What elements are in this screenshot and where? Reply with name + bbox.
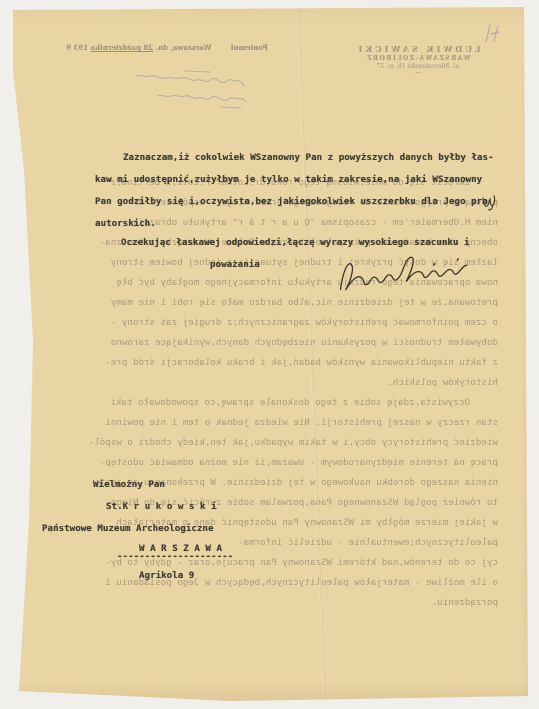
bleedthrough-dateline-year: 193 9 xyxy=(66,43,90,52)
bleedthrough-line: o czem poinformować prehistoryków zagran… xyxy=(52,317,498,337)
letter-line: kaw mi udostępnić,zużyłbym je tylko w ta… xyxy=(95,174,482,185)
bleedthrough-dateline: Poniemuł Warszawa, dn. 28 października 1… xyxy=(34,43,268,52)
recipient-line: St.K r u k o w s k i xyxy=(106,501,217,512)
recipient-underline: --------------------- xyxy=(117,551,233,562)
bleedthrough-letterhead-district: WARSZAWA-ŻOLIBORZ xyxy=(348,55,488,62)
bleedthrough-line: stan rzeczy w naszej prehistorji. Nie wi… xyxy=(52,417,498,437)
letter-paper: LUDWIK SAWICKI WARSZAWA-ŻOLIBORZ ul. Mie… xyxy=(0,0,539,709)
recipient-line: Wielmożny Pan xyxy=(93,479,165,490)
bleedthrough-line: porządzeniu. xyxy=(52,597,498,617)
scanner-background: LUDWIK SAWICKI WARSZAWA-ŻOLIBORZ ul. Mie… xyxy=(0,0,539,709)
bleedthrough-letterhead-rule: — xyxy=(348,70,488,74)
bleedthrough-line: pracę na terenie międzynarodowym - uważa… xyxy=(52,457,498,477)
page-number-pencil-mark-icon xyxy=(481,20,501,46)
bleedthrough-dateline-city: Warszawa, dn. xyxy=(153,43,211,52)
bleedthrough-line: z faktu niepublikowania wyników badań,ja… xyxy=(52,357,498,377)
pencil-annotation-icon xyxy=(133,70,248,112)
recipient-line: Agrikola 9 xyxy=(139,570,194,581)
bleedthrough-line: pretowana,że w tej dziedzinie nic,albo b… xyxy=(52,297,498,317)
bleedthrough-line: Oczywista,zdaję sobie z tego doskonale s… xyxy=(52,397,498,417)
bleedthrough-letterhead: LUDWIK SAWICKI WARSZAWA-ŻOLIBORZ ul. Mie… xyxy=(348,44,488,74)
letter-line: Zaznaczam,iż cokolwiek WSzanowny Pan z p… xyxy=(123,152,494,163)
bleedthrough-line: o ile możliwe - materjałów paleolityczny… xyxy=(52,577,498,597)
letter-line: Pan godziłby się i,oczywista,bez jakiego… xyxy=(95,196,488,207)
letter-line: autorskich. xyxy=(95,218,156,229)
bleedthrough-line: wiedzieć prehistorycy obcy,i w takim wyp… xyxy=(52,437,498,457)
bleedthrough-dateline-place: Poniemuł xyxy=(231,43,268,52)
letter-closing-line: poważania xyxy=(210,259,260,270)
bleedthrough-letterhead-name: LUDWIK SAWICKI xyxy=(348,44,488,54)
bleedthrough-dateline-date: 28 października xyxy=(91,43,153,52)
recipient-line: Państwowe Muzeum Archeologiczne xyxy=(42,523,213,534)
bleedthrough-line: historyków polskich. xyxy=(52,377,498,397)
bleedthrough-line: dobywałem trudności w pozyskaniu niezbęd… xyxy=(52,337,498,357)
handwritten-correction-w-icon xyxy=(482,195,494,212)
